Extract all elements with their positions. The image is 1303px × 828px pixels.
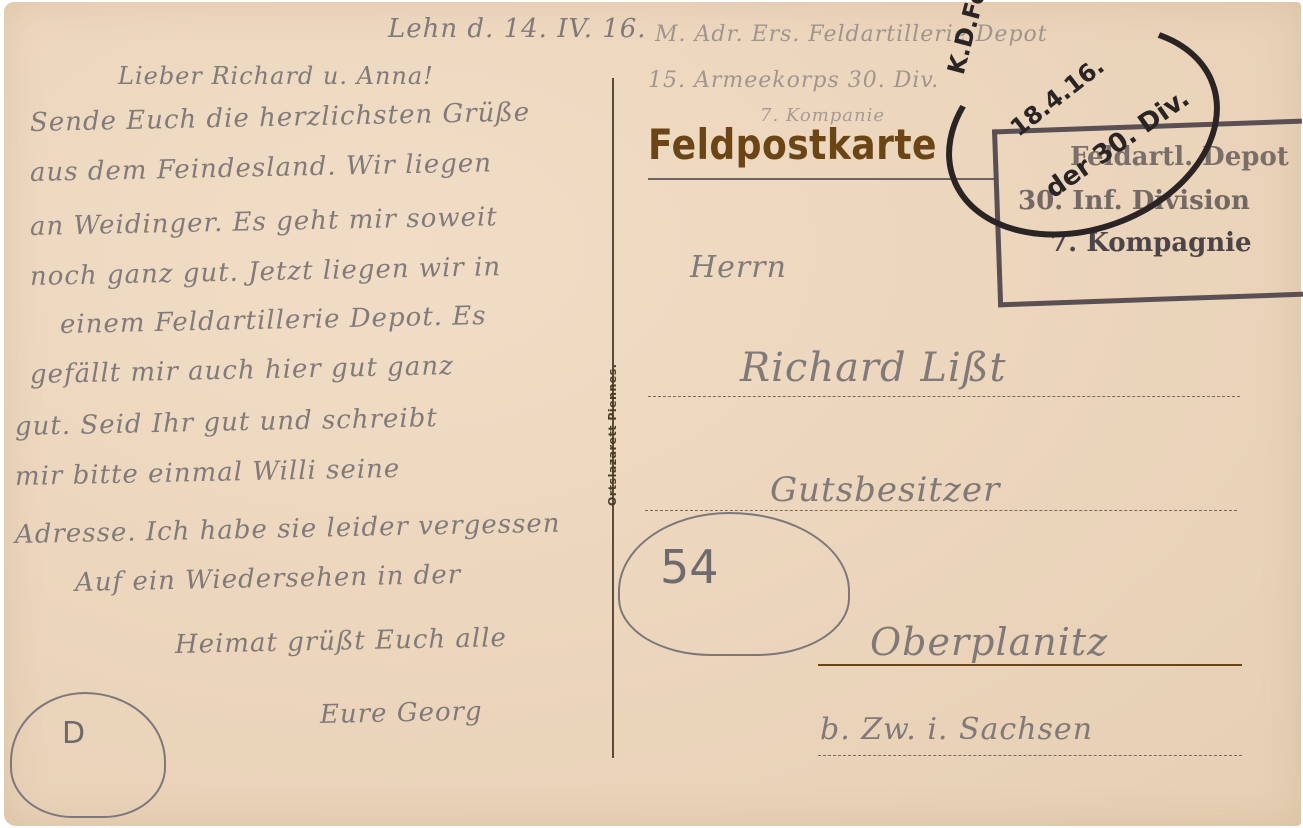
- circled-number: 54: [660, 540, 719, 594]
- sender-line-2: 15. Armeekorps 30. Div.: [648, 68, 939, 93]
- recipient-occupation: Gutsbesitzer: [770, 470, 1000, 510]
- recipient-region: b. Zw. i. Sachsen: [820, 712, 1093, 747]
- address-line-4: [818, 755, 1242, 756]
- recipient-town: Oberplanitz: [870, 620, 1108, 664]
- salutation: Lieber Richard u. Anna!: [118, 62, 434, 90]
- address-line-1: [648, 396, 1240, 397]
- address-line-3: [818, 664, 1242, 666]
- printer-imprint: Ortslazarett Piennes.: [606, 364, 619, 506]
- address-line-2: [645, 510, 1237, 511]
- date-line: Lehn d. 14. IV. 16.: [388, 14, 647, 44]
- circled-letter: D: [62, 716, 85, 751]
- recipient-name: Richard Lißt: [740, 345, 1007, 391]
- recipient-salutation: Herrn: [690, 250, 787, 285]
- printed-title: Feldpostkarte: [648, 120, 937, 169]
- title-rule: [648, 178, 998, 180]
- sender-line-1: M. Adr. Ers. Feldartillerie Depot: [655, 22, 1048, 47]
- message-line: Eure Georg: [320, 697, 483, 730]
